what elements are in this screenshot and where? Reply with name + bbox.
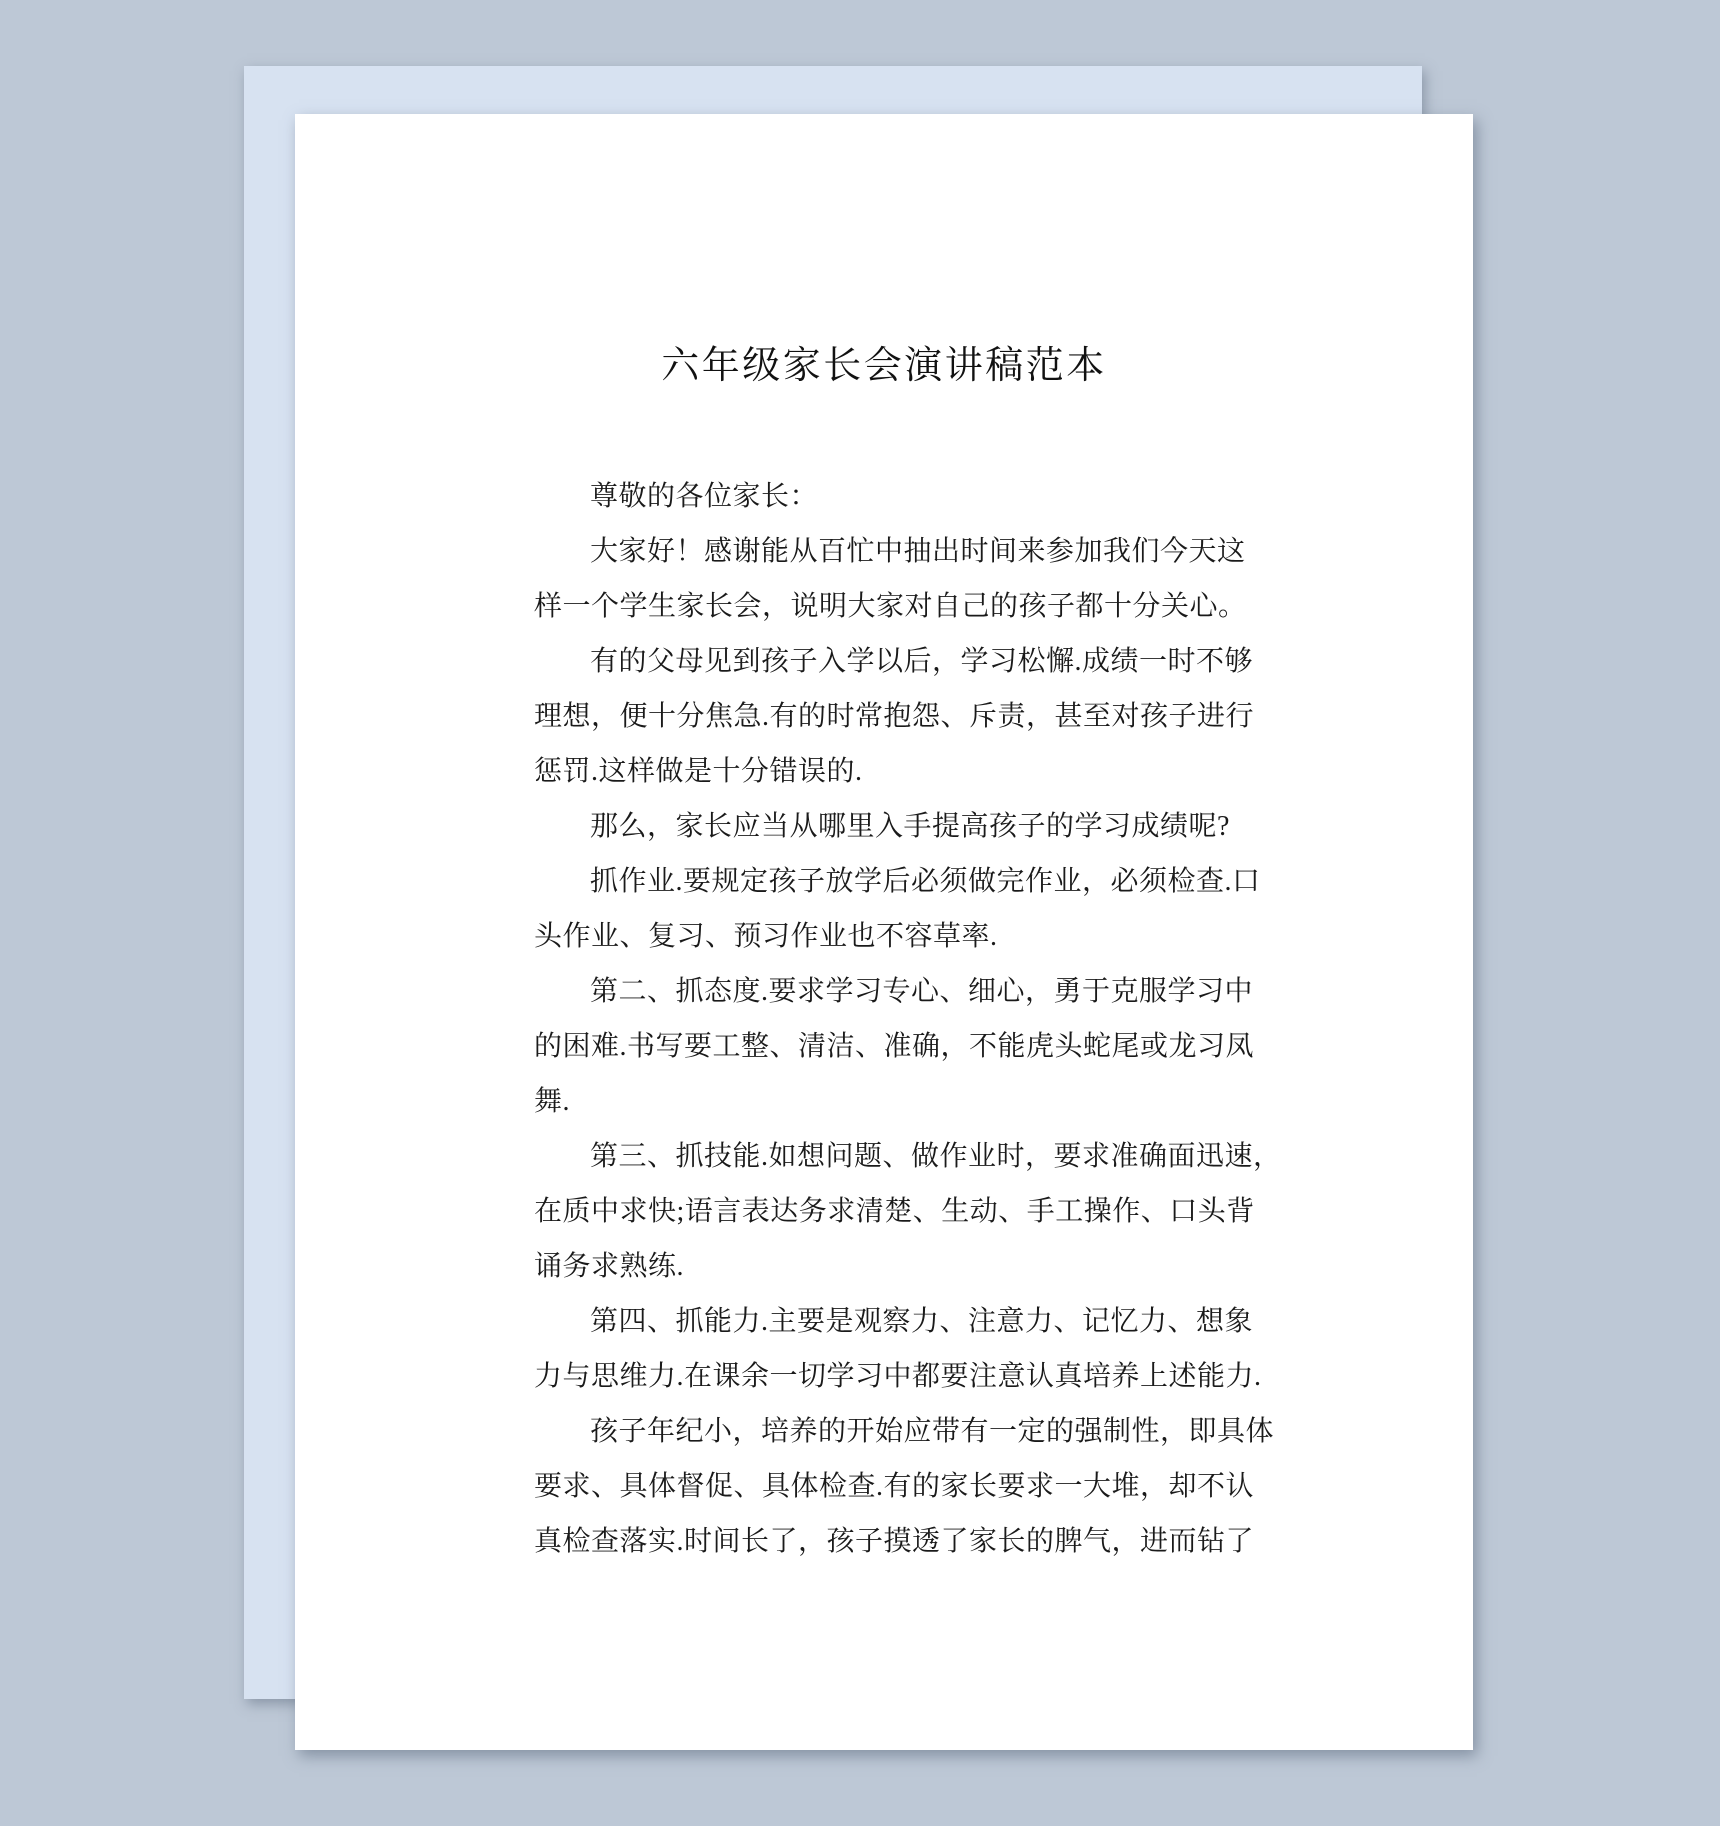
- text-line: 抓作业.要规定孩子放学后必须做完作业，必须检查.口: [534, 854, 1234, 909]
- text-line: 第二、抓态度.要求学习专心、细心，勇于克服学习中: [534, 964, 1234, 1019]
- document-body: 尊敬的各位家长： 大家好！感谢能从百忙中抽出时间来参加我们今天这 样一个学生家长…: [534, 469, 1234, 1569]
- text-line: 真检查落实.时间长了，孩子摸透了家长的脾气，进而钻了: [534, 1514, 1234, 1569]
- text-line: 理想，便十分焦急.有的时常抱怨、斥责，甚至对孩子进行: [534, 689, 1234, 744]
- document-title: 六年级家长会演讲稿范本: [295, 342, 1473, 390]
- text-line: 舞.: [534, 1074, 1234, 1129]
- front-page-sheet: 六年级家长会演讲稿范本 尊敬的各位家长： 大家好！感谢能从百忙中抽出时间来参加我…: [295, 114, 1473, 1750]
- text-line: 尊敬的各位家长：: [534, 469, 1234, 524]
- text-line: 有的父母见到孩子入学以后，学习松懈.成绩一时不够: [534, 634, 1234, 689]
- text-line: 力与思维力.在课余一切学习中都要注意认真培养上述能力.: [534, 1349, 1234, 1404]
- text-line: 第三、抓技能.如想问题、做作业时，要求准确面迅速，: [534, 1129, 1234, 1184]
- text-line: 在质中求快;语言表达务求清楚、生动、手工操作、口头背: [534, 1184, 1234, 1239]
- text-line: 大家好！感谢能从百忙中抽出时间来参加我们今天这: [534, 524, 1234, 579]
- text-line: 那么，家长应当从哪里入手提高孩子的学习成绩呢?: [534, 799, 1234, 854]
- text-line: 头作业、复习、预习作业也不容草率.: [534, 909, 1234, 964]
- text-line: 诵务求熟练.: [534, 1239, 1234, 1294]
- text-line: 样一个学生家长会，说明大家对自己的孩子都十分关心。: [534, 579, 1234, 634]
- text-line: 的困难.书写要工整、清洁、准确，不能虎头蛇尾或龙习凤: [534, 1019, 1234, 1074]
- text-line: 要求、具体督促、具体检查.有的家长要求一大堆，却不认: [534, 1459, 1234, 1514]
- text-line: 惩罚.这样做是十分错误的.: [534, 744, 1234, 799]
- text-line: 第四、抓能力.主要是观察力、注意力、记忆力、想象: [534, 1294, 1234, 1349]
- document-preview: 六年级家长会演讲稿范本 尊敬的各位家长： 大家好！感谢能从百忙中抽出时间来参加我…: [0, 0, 1720, 1826]
- text-line: 孩子年纪小，培养的开始应带有一定的强制性，即具体: [534, 1404, 1234, 1459]
